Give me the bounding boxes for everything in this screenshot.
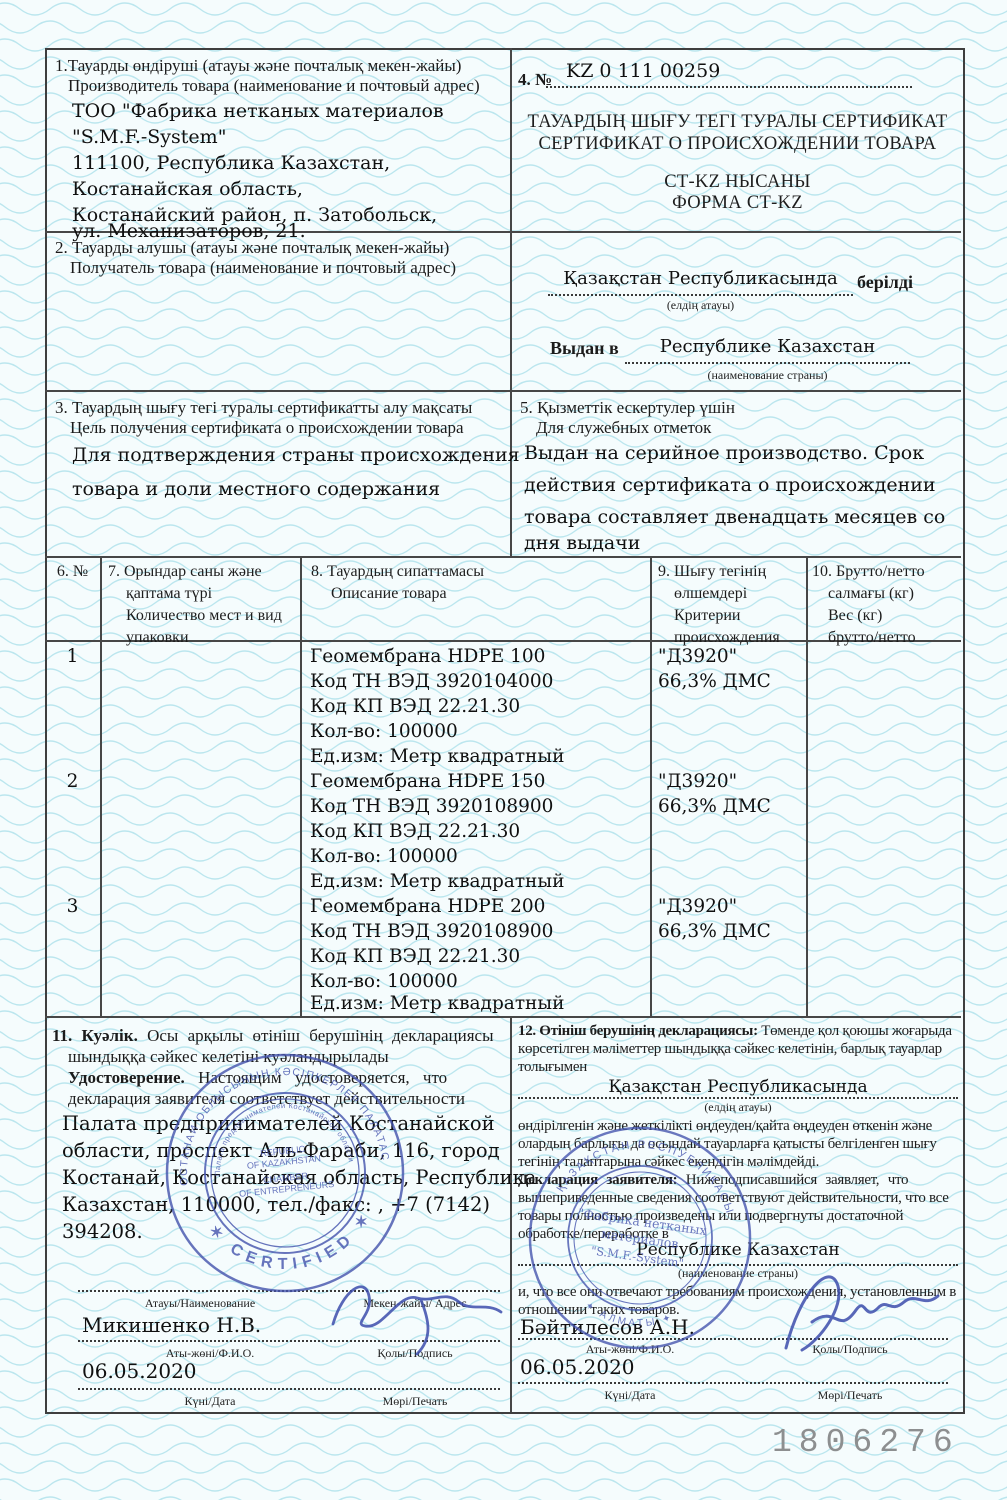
- main-divider-bottom: [510, 1016, 512, 1412]
- s12-line: 12. Өтініш берушінің декларациясы: Төмен…: [518, 1023, 952, 1041]
- table-row-criteria: "Д3920": [658, 646, 737, 668]
- issued-country-kk: Қазақстан Республикасында: [548, 268, 853, 289]
- table-vline-1: [100, 556, 102, 1016]
- table-row-desc: Геомембрана HDPE 100: [310, 646, 545, 668]
- issued-kk-caption: (елдің атауы): [548, 298, 853, 312]
- table-header-criteria: өлшемдері: [674, 585, 747, 604]
- table-header-weight: салмағы (кг): [828, 585, 914, 604]
- table-row-desc: Геомембрана HDPE 150: [310, 771, 545, 793]
- table-row-desc: Код КП ВЭД 22.21.30: [310, 821, 520, 843]
- table-row-desc: Код ТН ВЭД 3920104000: [310, 671, 553, 693]
- table-header-criteria: 9. Шығу тегінің: [658, 563, 766, 582]
- issued-label-ru: Выдан в: [550, 338, 619, 359]
- s12-line: толығымен: [518, 1059, 587, 1077]
- table-row-no: 1: [45, 646, 100, 668]
- s5-line: Выдан на серийное производство. Срок: [524, 442, 924, 464]
- table-header-packing: упаковки: [126, 629, 189, 648]
- s2-label-kk: 2. Тауарды алушы (атауы және почталық ме…: [55, 238, 449, 258]
- s5-label-ru: Для служебных отметок: [536, 418, 711, 438]
- s3-line: Для подтверждения страны происхождения: [72, 444, 520, 466]
- s4-form-kk: СТ-KZ НЫСАНЫ: [515, 172, 960, 194]
- sign-left-cap-date: Күні/Дата: [110, 1394, 310, 1408]
- s11-head-line: 11. Куәлік. Осы арқылы өтініш берушінің …: [52, 1026, 494, 1046]
- table-vline-4: [806, 556, 808, 1016]
- table-row-desc: Ед.изм: Метр квадратный: [310, 993, 564, 1015]
- s4-form-ru: ФОРМА СТ-KZ: [515, 193, 960, 215]
- table-row-desc: Кол-во: 100000: [310, 971, 458, 993]
- s3-line: товара и доли местного содержания: [72, 478, 440, 500]
- table-row-desc: Ед.изм: Метр квадратный: [310, 746, 564, 768]
- main-divider-top: [510, 48, 512, 556]
- s5-line: действия сертификата о происхождении: [524, 474, 936, 496]
- table-vline-3: [650, 556, 652, 1016]
- table-header-no: 6. №: [45, 563, 100, 582]
- table-row-criteria: 66,3% ДМС: [658, 671, 771, 693]
- table-row-criteria: "Д3920": [658, 896, 737, 918]
- issued-country-ru: Республике Казахстан: [625, 336, 910, 357]
- s5-line: товара составляет двенадцать месяцев со: [524, 506, 945, 528]
- s5-line: дня выдачи: [524, 532, 640, 554]
- table-row-no: 3: [45, 896, 100, 918]
- certificate-number: KZ 0 111 00259: [566, 60, 720, 82]
- hline-table-bottom: [45, 1016, 961, 1018]
- sign-left-name: Микишенко Н.В.: [82, 1314, 261, 1338]
- table-header-packing: қаптама түрі: [126, 585, 212, 604]
- table-row-no: 2: [45, 771, 100, 793]
- table-vline-2: [300, 556, 302, 1016]
- sign-left-cap-stamp: Мөрі/Печать: [330, 1394, 500, 1408]
- s1-line: "S.M.F.-System": [72, 126, 226, 148]
- s12-line: көрсетілген мәліметтер шындыққа сәйкес к…: [518, 1041, 942, 1059]
- issued-word-kk: берілді: [857, 272, 913, 293]
- sign-right-cap-date: Күні/Дата: [540, 1388, 720, 1402]
- sign-right-cap-stamp: Мөрі/Печать: [760, 1388, 940, 1402]
- table-row-criteria: 66,3% ДМС: [658, 796, 771, 818]
- hline-sections-2: [45, 390, 961, 392]
- s1-label-ru: Производитель товара (наименование и поч…: [68, 76, 480, 96]
- table-header-weight: 10. Брутто/нетто: [812, 563, 925, 582]
- s4-title-kk: ТАУАРДЫҢ ШЫҒУ ТЕГІ ТУРАЛЫ СЕРТИФИКАТ: [515, 112, 960, 134]
- s3-label-kk: 3. Тауардың шығу тегі туралы сертификатт…: [55, 398, 472, 418]
- s11-head-bold: 11. Куәлік.: [52, 1026, 138, 1045]
- issued-ru-caption: (наименование страны): [625, 368, 910, 382]
- s3-label-ru: Цель получения сертификата о происхожден…: [70, 418, 464, 438]
- signature-left: [325, 1262, 510, 1357]
- s2-label-ru: Получатель товара (наименование и почтов…: [70, 258, 456, 278]
- s4-label: 4. №: [518, 70, 552, 90]
- stamp-ring-bottom-text: ✦ АЛМАТЫ ✦: [581, 1299, 677, 1334]
- table-row-desc: Код КП ВЭД 22.21.30: [310, 946, 520, 968]
- table-row-criteria: "Д3920": [658, 771, 737, 793]
- sign-right-date: 06.05.2020: [520, 1356, 635, 1380]
- table-row-desc: Кол-во: 100000: [310, 721, 458, 743]
- s4-title-ru: СЕРТИФИКАТ О ПРОИСХОЖДЕНИИ ТОВАРА: [515, 134, 960, 156]
- s5-label-kk: 5. Қызметтік ескертулер үшін: [520, 398, 735, 418]
- table-header-packing: Количество мест и вид: [126, 607, 282, 626]
- s12-country-kk: Қазақстан Республикасында: [518, 1077, 958, 1097]
- s1-label-kk: 1.Тауарды өндіруші (атауы және почталық …: [55, 56, 461, 76]
- certificate-page: 1.Тауарды өндіруші (атауы және почталық …: [0, 0, 1007, 1500]
- manufacturer-stamp: ҚАЗАҚСТАН РЕСПУБЛИКАСЫ ✦ АЛМАТЫ ✦ "Фабри…: [507, 1105, 774, 1372]
- s1-line: 111100, Республика Казахстан,: [72, 152, 390, 174]
- svg-text:✦ АЛМАТЫ ✦: ✦ АЛМАТЫ ✦: [581, 1299, 677, 1334]
- s1-line: Костанайская область,: [72, 178, 303, 200]
- form-serial-number: 1806276: [772, 1424, 960, 1463]
- s11-body-line: 394208.: [62, 1220, 143, 1243]
- table-header-weight: брутто/нетто: [828, 629, 916, 648]
- table-row-desc: Геомембрана HDPE 200: [310, 896, 545, 918]
- table-row-desc: Код ТН ВЭД 3920108900: [310, 921, 553, 943]
- sign-left-date: 06.05.2020: [82, 1360, 197, 1384]
- table-row-desc: Код ТН ВЭД 3920108900: [310, 796, 553, 818]
- s12-head-bold: 12. Өтініш берушінің декларациясы:: [518, 1023, 758, 1039]
- table-row-desc: Кол-во: 100000: [310, 846, 458, 868]
- table-header-packing: 7. Орындар саны және: [108, 563, 262, 582]
- table-header-criteria: Критерии: [674, 607, 740, 626]
- s1-line: ТОО "Фабрика нетканых материалов: [72, 100, 444, 122]
- table-header-description: 8. Тауардың сипаттамасы: [311, 563, 484, 582]
- table-header-description: Описание товара: [331, 585, 447, 604]
- table-header-weight: Вес (кг): [828, 607, 882, 626]
- hline-table-top: [45, 556, 961, 558]
- table-row-desc: Код КП ВЭД 22.21.30: [310, 696, 520, 718]
- table-row-desc: Ед.изм: Метр квадратный: [310, 871, 564, 893]
- signature-right: [772, 1252, 947, 1357]
- table-row-criteria: 66,3% ДМС: [658, 921, 771, 943]
